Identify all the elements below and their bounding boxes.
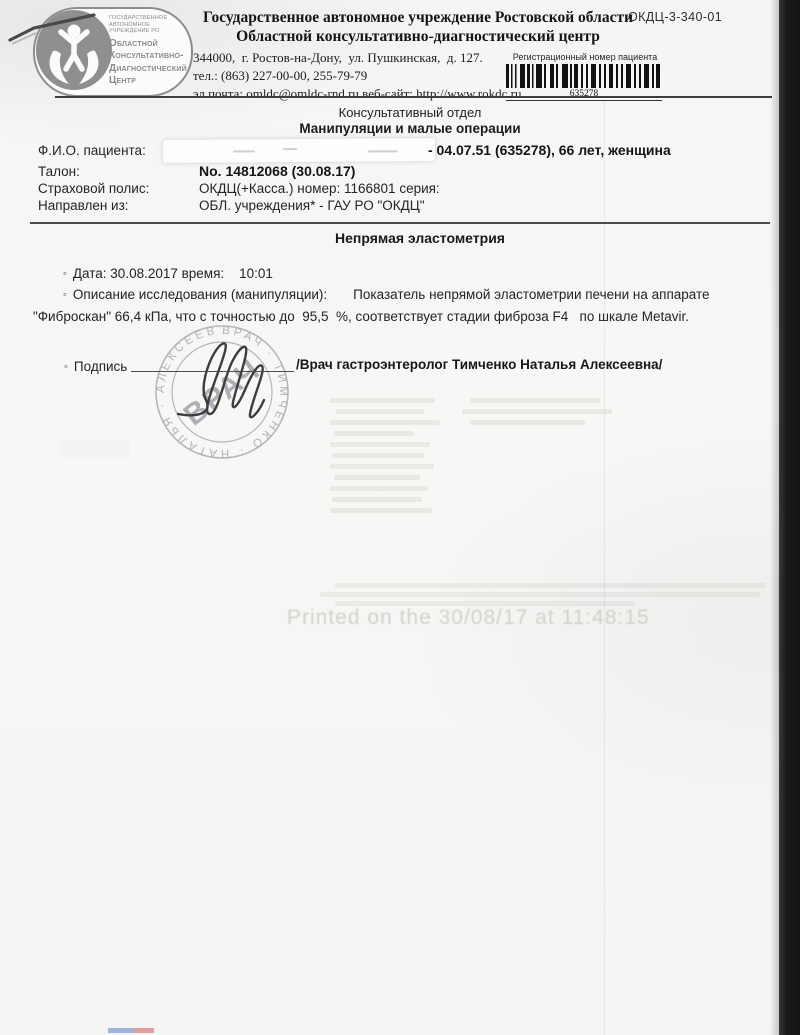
date-text: Дата: 30.08.2017 время: 10:01 [73, 266, 273, 281]
staple-icon [2, 2, 112, 52]
header-rule [55, 96, 772, 98]
date-line: ◦Дата: 30.08.2017 время: 10:01 [63, 263, 273, 285]
org-name-line2: Областной консультативно-диагностический… [193, 27, 643, 46]
logo-org-type-text: ГОСУДАРСТВЕННОЕ АВТОНОМНОЕ УЧРЕЖДЕНИЕ РО [109, 15, 187, 35]
bullet-icon: ◦ [64, 361, 68, 373]
barcode-label: Регистрационный номер пациента [500, 52, 670, 62]
talon-value: No. 14812068 (30.08.17) [199, 163, 355, 179]
scan-color-artifact [108, 1028, 154, 1033]
barcode-value: 635278 [506, 89, 662, 101]
description-paragraph: ◦Описание исследования (манипуляции):Пок… [33, 284, 773, 327]
attached-sheet-edge [604, 100, 605, 1035]
section-rule [30, 222, 770, 224]
doctor-name: /Врач гастроэнтеролог Тимченко Наталья А… [296, 357, 662, 372]
bullet-icon: ◦ [63, 268, 67, 280]
referred-from-value: ОБЛ. учреждения* - ГАУ РО "ОКДЦ" [199, 198, 425, 213]
barcode [506, 64, 662, 88]
scan-edge-right [779, 0, 800, 1035]
whiteout-patch [163, 138, 435, 163]
section-title: Непрямая эластометрия [0, 230, 800, 246]
referred-from-label: Направлен из: [38, 198, 129, 213]
signature-label: Подпись [74, 359, 127, 374]
signature-scribble-icon [160, 322, 290, 432]
patient-fio-value: - 04.07.51 (635278), 66 лет, женщина [428, 142, 671, 158]
talon-label: Талон: [38, 164, 80, 179]
signature-row: ◦Подпись [64, 356, 127, 378]
scan-shadow [770, 0, 779, 1035]
policy-value: ОКДЦ(+Касса.) номер: 1166801 серия: [199, 181, 440, 196]
bullet-icon: ◦ [63, 289, 67, 301]
scanned-document-page: ГОСУДАРСТВЕННОЕ АВТОНОМНОЕ УЧРЕЖДЕНИЕ РО… [0, 0, 800, 1035]
description-label: Описание исследования (манипуляции): [73, 287, 327, 302]
signature-line [131, 371, 294, 372]
patient-fio-label: Ф.И.О. пациента: [38, 143, 146, 158]
department-title: Консультативный отдел [0, 105, 800, 120]
subdepartment-title: Манипуляции и малые операции [0, 121, 800, 136]
bleedthrough-printed-line: Printed on the 30/08/17 at 11:48:15 [287, 606, 650, 630]
form-code: ОКДЦ-3-340-01 [628, 10, 722, 24]
logo-org-name-text: Областной Консультативно- Диагностически… [109, 38, 187, 88]
org-name-line1: Государственное автономное учреждение Ро… [193, 8, 643, 27]
policy-label: Страховой полис: [38, 181, 149, 196]
